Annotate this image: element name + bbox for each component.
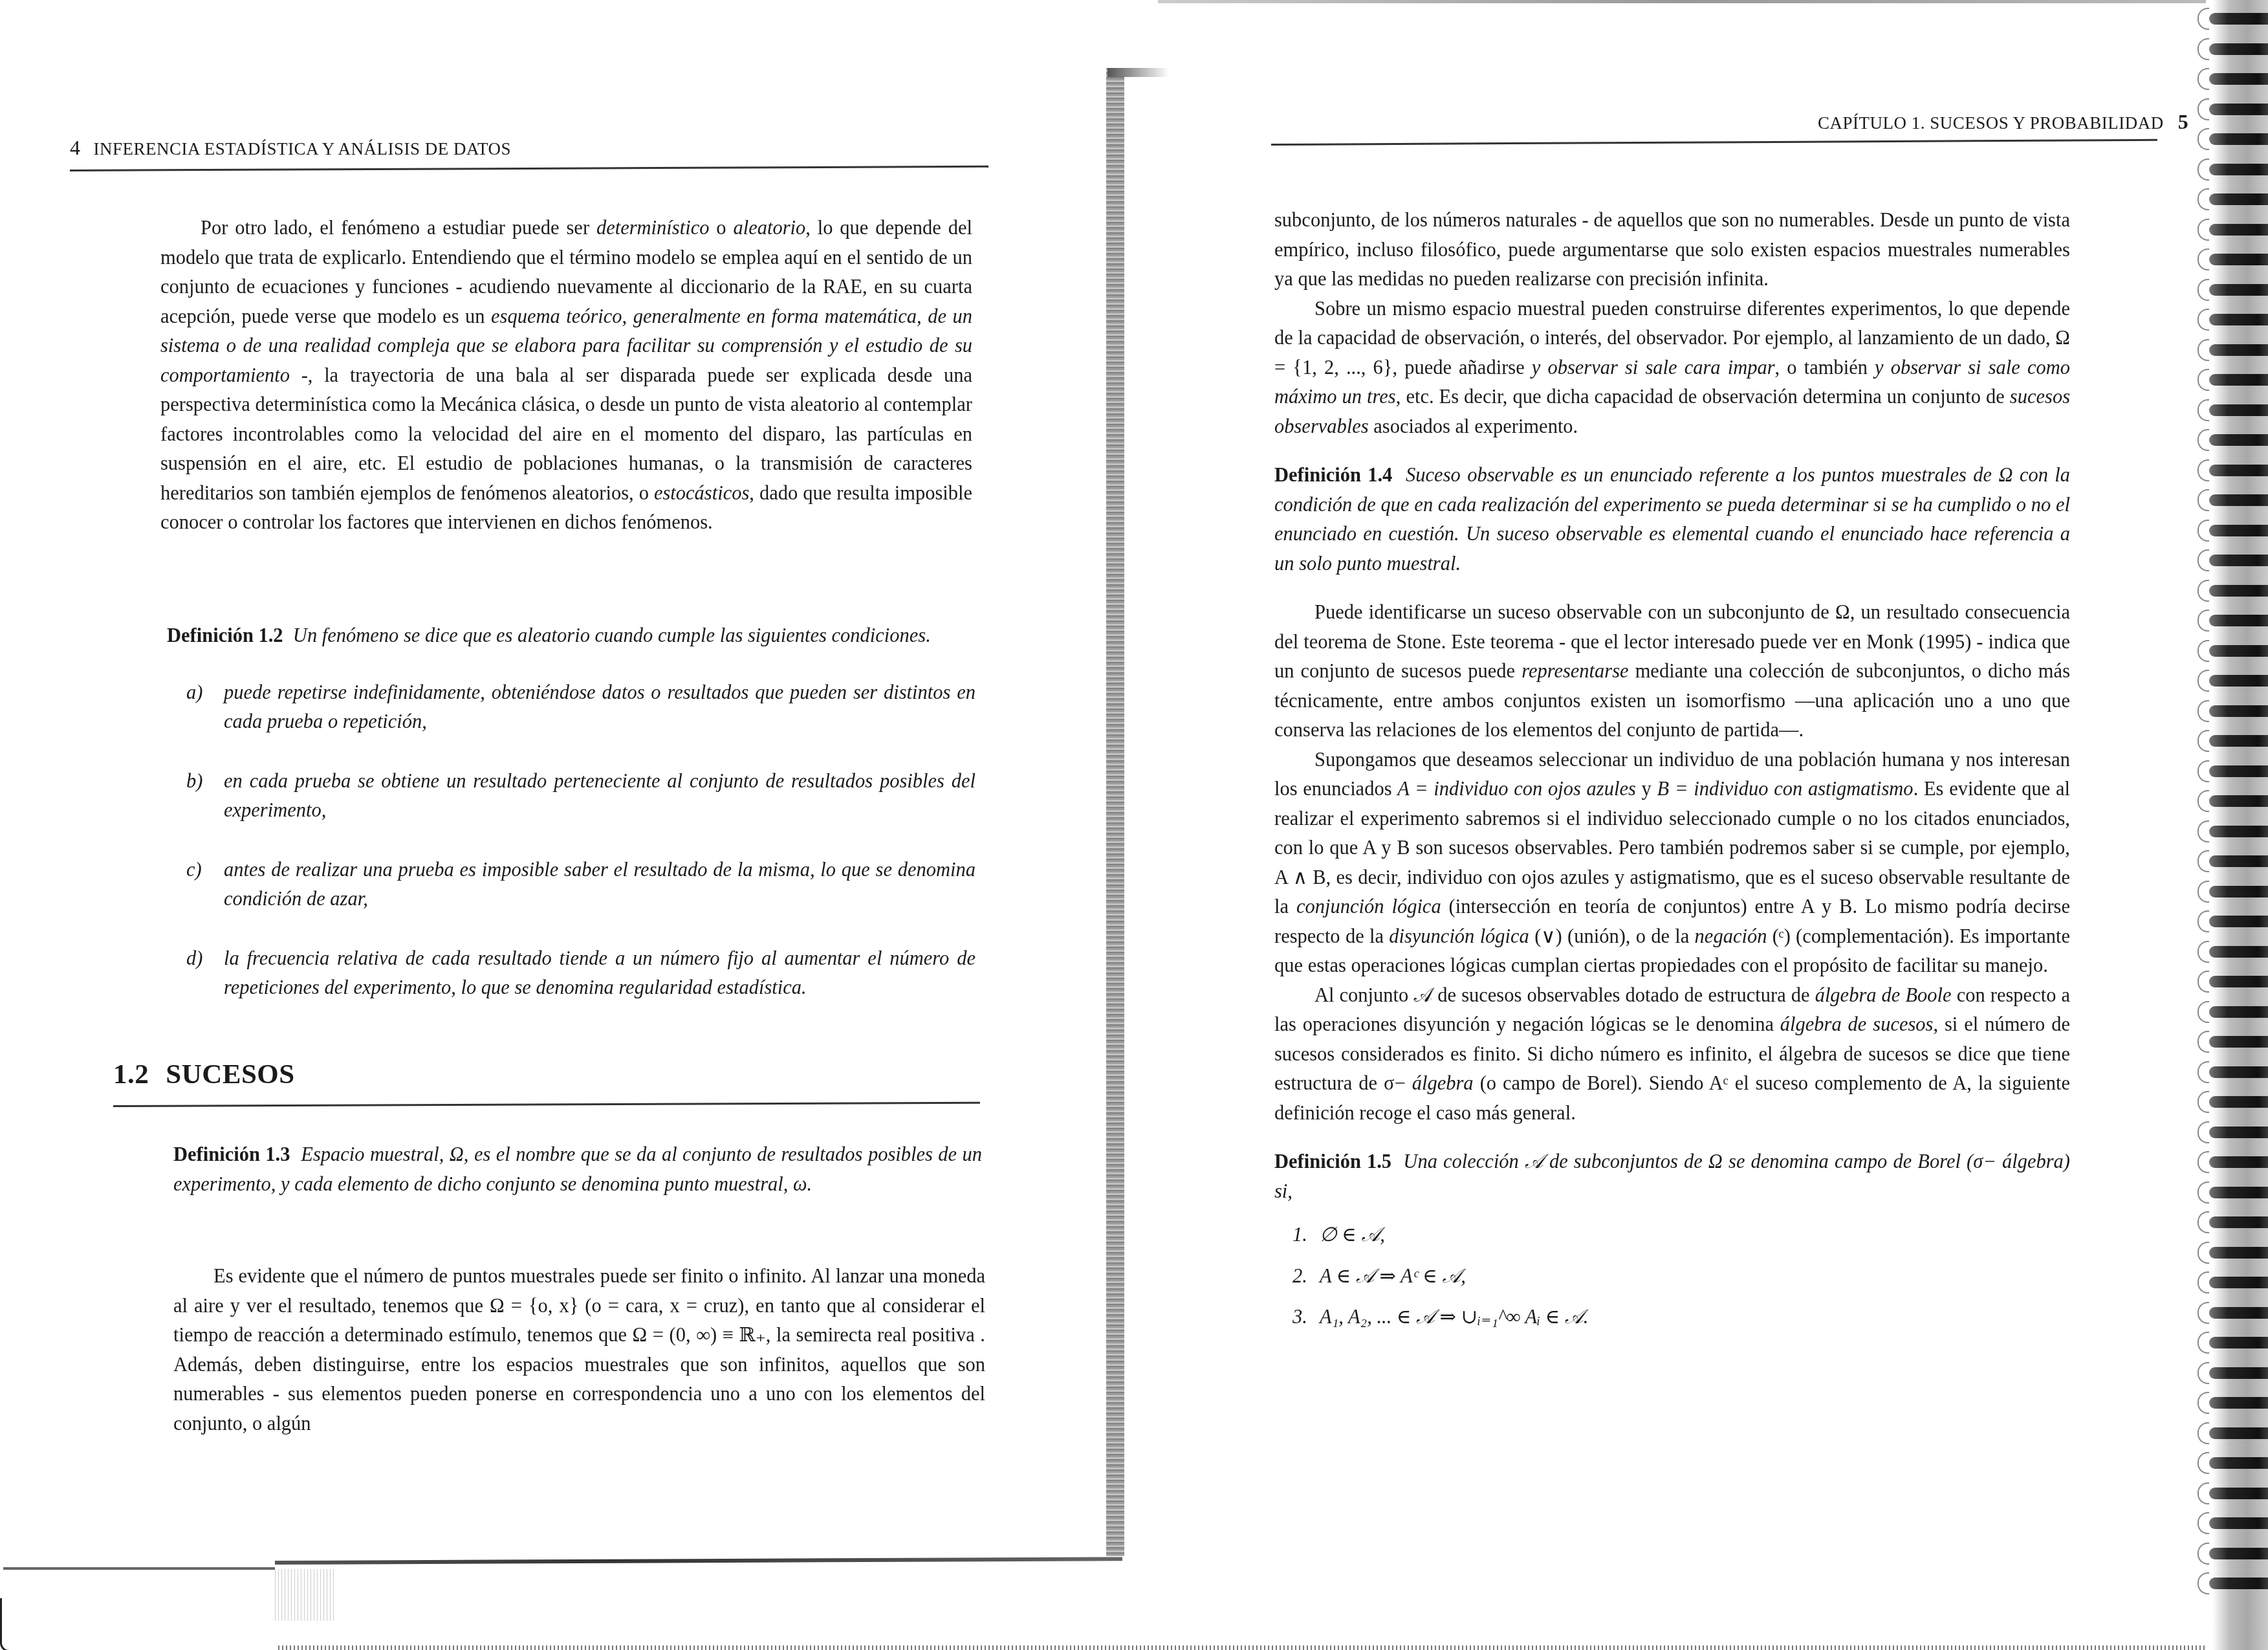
list-item: b)en cada prueba se obtiene un resultado… [167, 767, 976, 826]
binding-ring [2209, 645, 2268, 657]
binding-ring [2209, 886, 2268, 897]
binding-ring [2209, 1367, 2268, 1379]
paragraph-stone: Puede identificarse un suceso observable… [1274, 598, 2070, 745]
definition-label: Definición 1.3 [173, 1143, 290, 1165]
binding-ring [2209, 855, 2268, 867]
list-item: c)antes de realizar una prueba es imposi… [167, 855, 976, 914]
paragraph-algebra: Al conjunto 𝒜 de sucesos observables dot… [1274, 981, 2070, 1128]
binding-ring [2209, 465, 2268, 476]
binding-ring [2209, 13, 2268, 25]
binding-ring [2209, 525, 2268, 536]
paragraph-fenomeno: Por otro lado, el fenómeno a estudiar pu… [160, 214, 972, 538]
binding-ring [2209, 164, 2268, 175]
borel-conditions-list: 1.∅ ∈ 𝒜, 2.A ∈ 𝒜 ⇒ Aᶜ ∈ 𝒜, 3.A₁, A₂, ...… [1274, 1220, 2070, 1332]
binding-ring [2209, 1247, 2268, 1259]
binding-ring [2209, 1488, 2268, 1499]
running-header-text: INFERENCIA ESTADÍSTICA Y ANÁLISIS DE DAT… [94, 139, 512, 159]
conditions-list: a)puede repetirse indefinidamente, obten… [167, 678, 976, 1003]
paragraph-numerables: subconjunto, de los números naturales - … [1274, 206, 2070, 294]
definition-label: Definición 1.2 [167, 624, 283, 646]
binding-ring [2209, 404, 2268, 416]
binding-ring [2209, 1156, 2268, 1168]
list-item: 1.∅ ∈ 𝒜, [1274, 1220, 2070, 1250]
binding-ring [2209, 314, 2268, 325]
binding-ring [2209, 193, 2268, 205]
binding-ring [2209, 1307, 2268, 1319]
paragraph-supongamos: Supongamos que deseamos seleccionar un i… [1274, 745, 2070, 981]
binding-ring [2209, 1187, 2268, 1198]
header-rule [1271, 139, 2157, 146]
binding-ring [2209, 976, 2268, 987]
binding-ring [2209, 946, 2268, 958]
binding-ring [2209, 1036, 2268, 1048]
list-item: d)la frecuencia relativa de cada resulta… [167, 944, 976, 1003]
binding-ring [2209, 1096, 2268, 1108]
binding-ring [2209, 224, 2268, 236]
running-header-text: CAPÍTULO 1. SUCESOS Y PROBABILIDAD [1818, 113, 2164, 133]
definition-1-2: Definición 1.2 Un fenómeno se dice que e… [167, 621, 976, 1033]
list-item: 3.A₁, A₂, ... ∈ 𝒜 ⇒ ∪ᵢ₌₁^∞ Aᵢ ∈ 𝒜. [1274, 1303, 2070, 1332]
header-rule [70, 166, 988, 171]
list-item: 2.A ∈ 𝒜 ⇒ Aᶜ ∈ 𝒜, [1274, 1262, 2070, 1292]
binding-ring [2209, 254, 2268, 265]
binding-ring [2209, 1517, 2268, 1529]
paragraph-puntos-muestrales: Es evidente que el número de puntos mues… [173, 1262, 985, 1438]
definition-1-4: Definición 1.4 Suceso observable es un e… [1274, 461, 2070, 578]
binding-ring [2209, 1277, 2268, 1288]
definition-1-5: Definición 1.5 Una colección 𝒜 de subcon… [1274, 1147, 2070, 1206]
section-rule [113, 1102, 980, 1107]
binding-ring [2209, 765, 2268, 777]
running-header-right: CAPÍTULO 1. SUCESOS Y PROBABILIDAD5 [1818, 110, 2188, 134]
definition-label: Definición 1.4 [1274, 464, 1392, 486]
binding-ring [2209, 1457, 2268, 1469]
page-number: 4 [70, 136, 81, 159]
binding-ring [2209, 826, 2268, 837]
spiral-binding [2186, 0, 2268, 1650]
binding-ring [2209, 284, 2268, 296]
binding-ring [2209, 1427, 2268, 1439]
binding-ring [2209, 1066, 2268, 1078]
binding-ring [2209, 43, 2268, 55]
binding-ring [2209, 705, 2268, 717]
running-header-left: 4INFERENCIA ESTADÍSTICA Y ANÁLISIS DE DA… [70, 136, 511, 160]
binding-ring [2209, 374, 2268, 386]
binding-ring [2209, 675, 2268, 687]
binding-ring [2209, 1337, 2268, 1348]
binding-ring [2209, 1127, 2268, 1138]
right-page: CAPÍTULO 1. SUCESOS Y PROBABILIDAD5 subc… [1113, 0, 2268, 1650]
binding-ring [2209, 795, 2268, 807]
binding-ring [2209, 735, 2268, 747]
binding-ring [2209, 1548, 2268, 1559]
binding-ring [2209, 916, 2268, 927]
binding-ring [2209, 1006, 2268, 1018]
list-item: a)puede repetirse indefinidamente, obten… [167, 678, 976, 737]
binding-ring [2209, 73, 2268, 85]
binding-ring [2209, 1216, 2268, 1228]
binding-ring [2209, 104, 2268, 115]
binding-ring [2209, 494, 2268, 506]
binding-ring [2209, 555, 2268, 566]
binding-ring [2209, 585, 2268, 597]
section-heading: 1.2SUCESOS [113, 1059, 295, 1090]
binding-ring [2209, 133, 2268, 145]
definition-1-3: Definición 1.3 Espacio muestral, Ω, es e… [173, 1140, 982, 1199]
binding-ring [2209, 344, 2268, 356]
left-page: 4INFERENCIA ESTADÍSTICA Y ANÁLISIS DE DA… [0, 0, 1113, 1650]
definition-label: Definición 1.5 [1274, 1150, 1391, 1172]
binding-ring [2209, 1397, 2268, 1409]
binding-ring [2209, 434, 2268, 446]
binding-ring [2209, 615, 2268, 626]
paragraph-experimentos: Sobre un mismo espacio muestral pueden c… [1274, 294, 2070, 442]
right-text-column: subconjunto, de los números naturales - … [1274, 206, 2070, 1344]
binding-ring [2209, 1578, 2268, 1589]
